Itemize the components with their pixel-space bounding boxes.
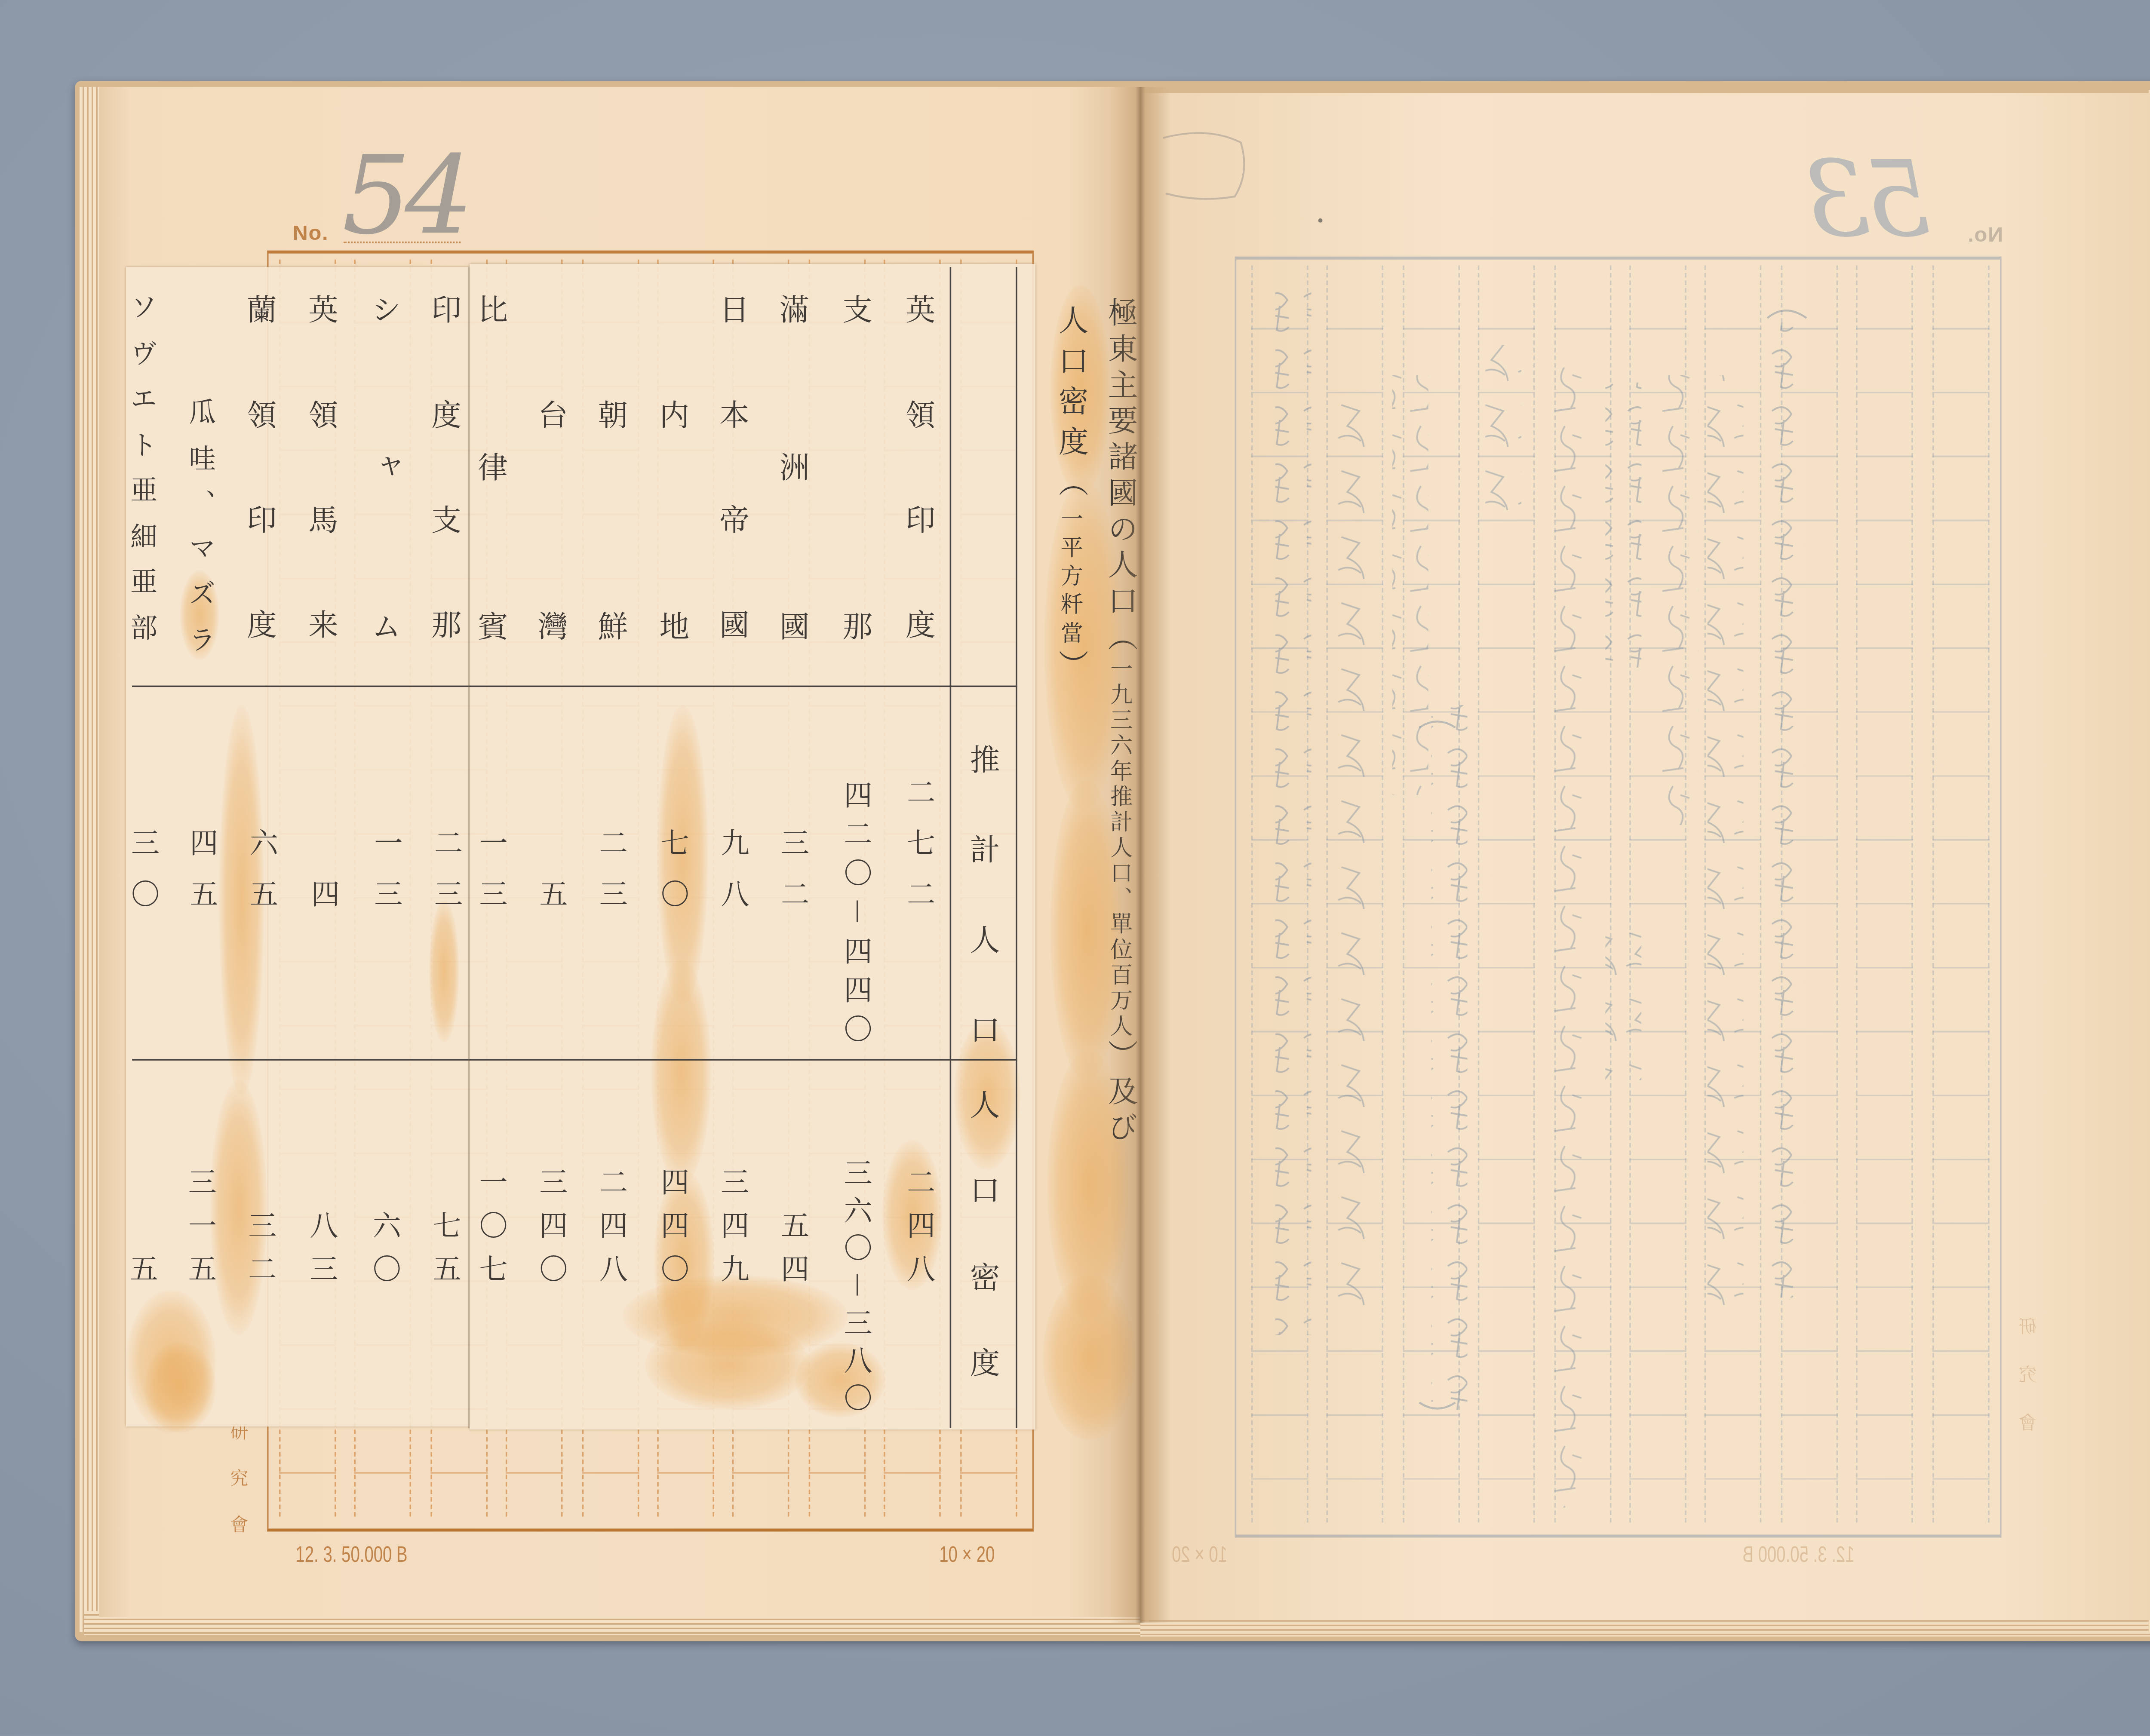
- show-through-handwriting: [0, 0, 2150, 1736]
- notebook-scan: No. 54 研究會 12. 3. 50.000 B 10 × 20: [0, 0, 2150, 1736]
- book-gutter-shadow: [1110, 87, 1170, 1623]
